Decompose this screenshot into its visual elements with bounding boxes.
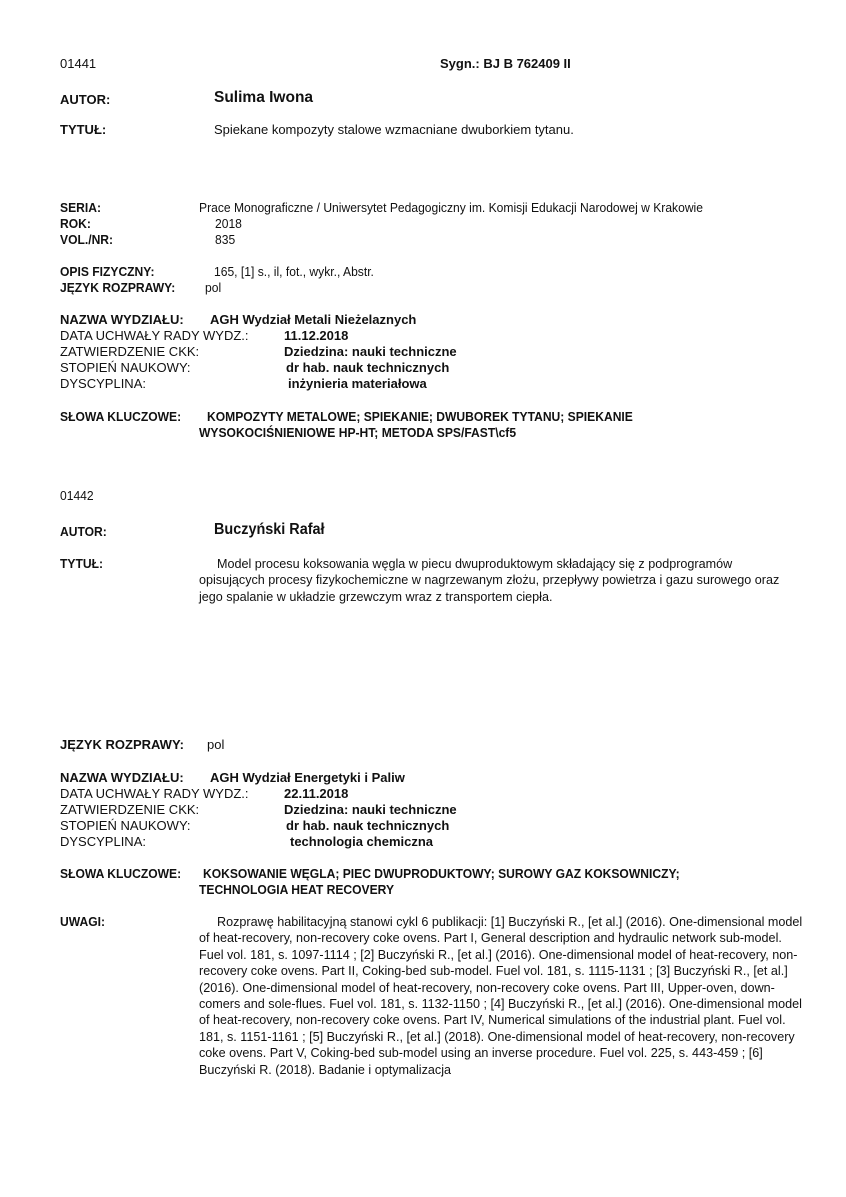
record-number: 01441 xyxy=(60,56,96,72)
record-number: 01442 xyxy=(60,488,94,504)
title-label: TYTUŁ: xyxy=(60,556,103,572)
discipline-value: inżynieria materiałowa xyxy=(288,376,427,392)
degree-value: dr hab. nauk technicznych xyxy=(286,818,449,834)
keywords-line-2: TECHNOLOGIA HEAT RECOVERY xyxy=(199,882,394,898)
degree-label: STOPIEŃ NAUKOWY: xyxy=(60,818,191,834)
resolution-date-value: 22.11.2018 xyxy=(284,786,348,802)
degree-value: dr hab. nauk technicznych xyxy=(286,360,449,376)
volume-label: VOL./NR: xyxy=(60,232,113,248)
discipline-label: DYSCYPLINA: xyxy=(60,376,146,392)
physical-value: 165, [1] s., il, fot., wykr., Abstr. xyxy=(214,264,374,280)
language-label: JĘZYK ROZPRAWY: xyxy=(60,280,175,296)
resolution-date-label: DATA UCHWAŁY RADY WYDZ.: xyxy=(60,786,249,802)
year-label: ROK: xyxy=(60,216,91,232)
physical-label: OPIS FIZYCZNY: xyxy=(60,264,154,280)
language-value: pol xyxy=(207,737,224,753)
title-value: Model procesu koksowania węgla w piecu d… xyxy=(199,556,799,605)
keywords-line-1: KOMPOZYTY METALOWE; SPIEKANIE; DWUBOREK … xyxy=(207,409,633,425)
author-value: Buczyński Rafał xyxy=(214,521,325,539)
title-label: TYTUŁ: xyxy=(60,122,106,138)
series-label: SERIA: xyxy=(60,200,101,216)
signature: Sygn.: BJ B 762409 II xyxy=(440,56,571,72)
faculty-label: NAZWA WYDZIAŁU: xyxy=(60,312,184,328)
ckk-value: Dziedzina: nauki techniczne xyxy=(284,344,457,360)
language-label: JĘZYK ROZPRAWY: xyxy=(60,737,184,753)
series-value: Prace Monograficzne / Uniwersytet Pedago… xyxy=(199,200,703,216)
keywords-line-2: WYSOKOCIŚNIENIOWE HP-HT; METODA SPS/FAST… xyxy=(199,425,516,441)
resolution-date-label: DATA UCHWAŁY RADY WYDZ.: xyxy=(60,328,249,344)
year-value: 2018 xyxy=(215,216,242,232)
faculty-value: AGH Wydział Metali Nieżelaznych xyxy=(210,312,416,328)
resolution-date-value: 11.12.2018 xyxy=(284,328,348,344)
author-label: AUTOR: xyxy=(60,524,107,540)
notes-value: Rozprawę habilitacyjną stanowi cykl 6 pu… xyxy=(199,914,803,1078)
ckk-label: ZATWIERDZENIE CKK: xyxy=(60,344,199,360)
author-value: Sulima Iwona xyxy=(214,89,313,107)
keywords-line-1: KOKSOWANIE WĘGLA; PIEC DWUPRODUKTOWY; SU… xyxy=(203,866,680,882)
keywords-label: SŁOWA KLUCZOWE: xyxy=(60,409,181,425)
ckk-value: Dziedzina: nauki techniczne xyxy=(284,802,457,818)
keywords-label: SŁOWA KLUCZOWE: xyxy=(60,866,181,882)
faculty-label: NAZWA WYDZIAŁU: xyxy=(60,770,184,786)
faculty-value: AGH Wydział Energetyki i Paliw xyxy=(210,770,405,786)
discipline-label: DYSCYPLINA: xyxy=(60,834,146,850)
degree-label: STOPIEŃ NAUKOWY: xyxy=(60,360,191,376)
author-label: AUTOR: xyxy=(60,92,110,108)
language-value: pol xyxy=(205,280,221,296)
title-value: Spiekane kompozyty stalowe wzmacniane dw… xyxy=(214,122,574,138)
notes-label: UWAGI: xyxy=(60,914,105,930)
volume-value: 835 xyxy=(215,232,235,248)
ckk-label: ZATWIERDZENIE CKK: xyxy=(60,802,199,818)
discipline-value: technologia chemiczna xyxy=(290,834,433,850)
